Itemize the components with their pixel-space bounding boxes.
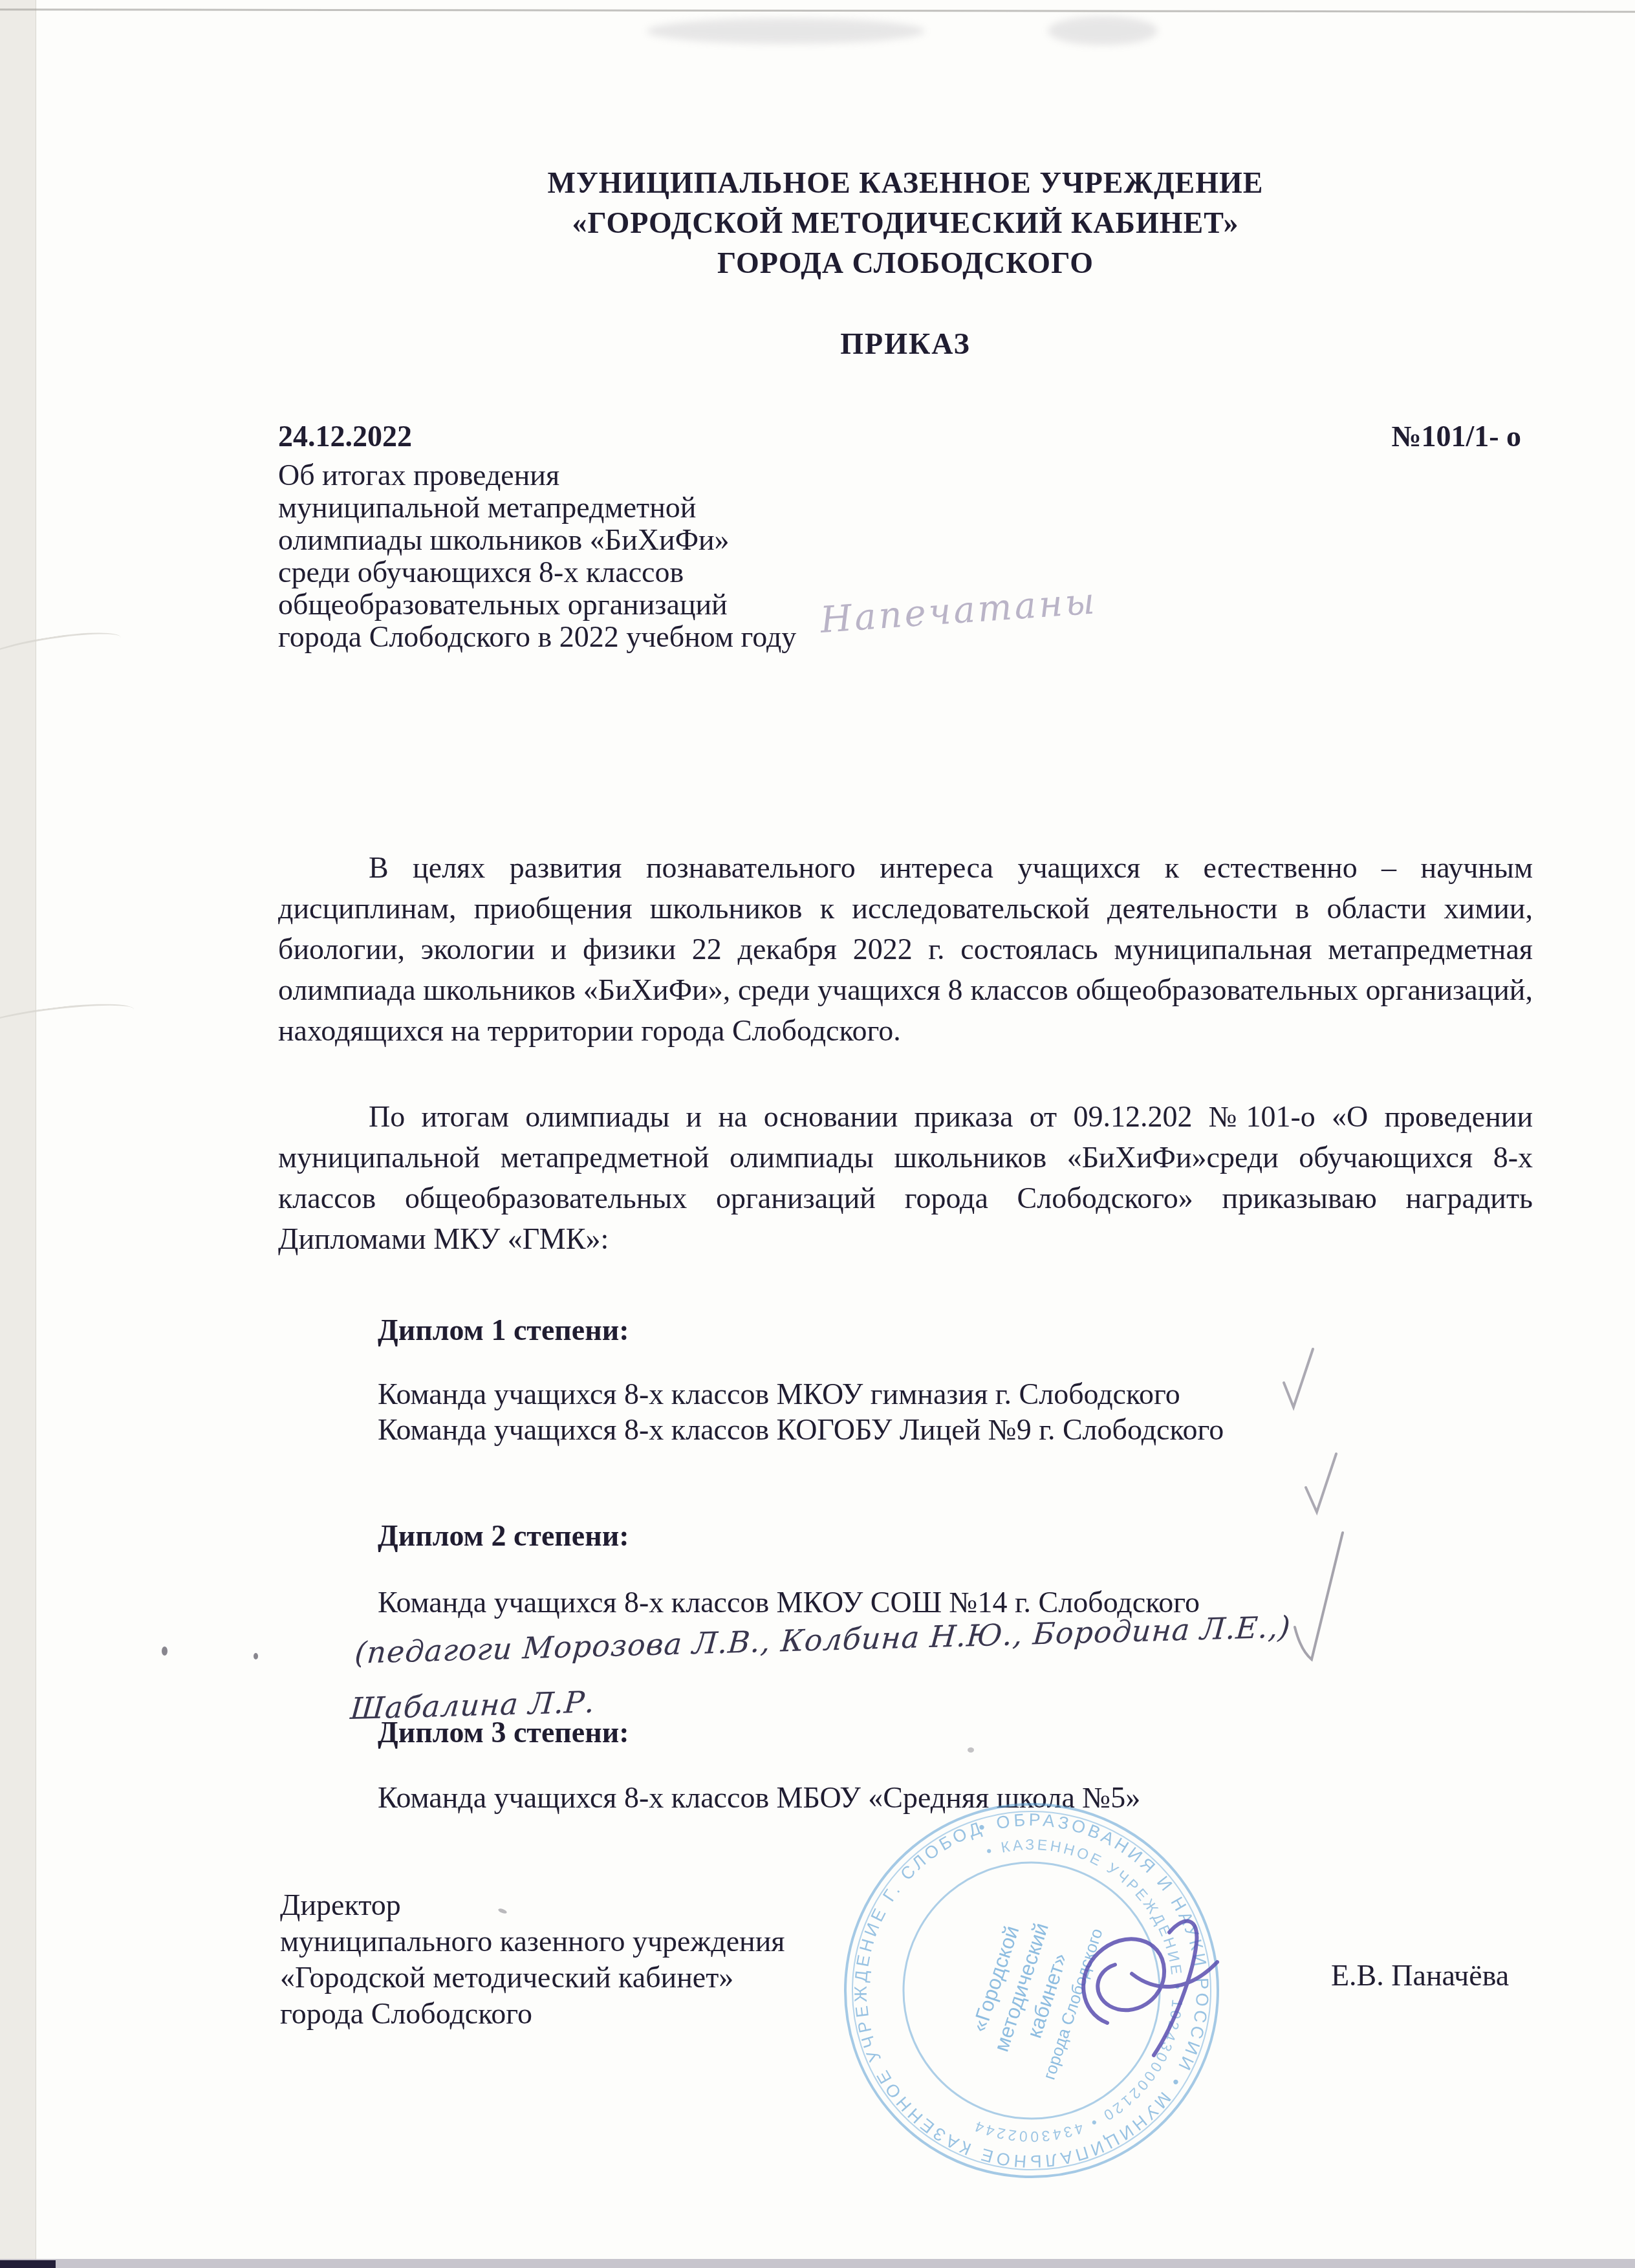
- signatory-name: Е.В. Паначёва: [1331, 1958, 1509, 1993]
- diploma-1-heading: Диплом 1 степени:: [378, 1313, 629, 1347]
- stamp-center-line-2: методический: [990, 1920, 1053, 2055]
- signatory-position-line-4: города Слободского: [280, 1996, 785, 2032]
- subject-line: муниципальной метапредметной: [278, 491, 990, 524]
- scan-speck-2: [254, 1653, 258, 1659]
- scan-top-line: [0, 8, 1635, 13]
- org-header: МУНИЦИПАЛЬНОЕ КАЗЕННОЕ УЧРЕЖДЕНИЕ «ГОРОД…: [278, 163, 1533, 283]
- org-name-line-2: «ГОРОДСКОЙ МЕТОДИЧЕСКИЙ КАБИНЕТ»: [278, 203, 1533, 243]
- diploma-3-heading: Диплом 3 степени:: [378, 1715, 629, 1749]
- subject-line: среди обучающихся 8-х классов: [278, 556, 990, 589]
- diploma-1-team-1: Команда учащихся 8-х классов МКОУ гимназ…: [378, 1376, 1224, 1412]
- director-signature-ink: [1035, 1895, 1306, 2089]
- stamp-center-line-4: города Слободского: [1039, 1926, 1107, 2082]
- scanned-document-page: МУНИЦИПАЛЬНОЕ КАЗЕННОЕ УЧРЕЖДЕНИЕ «ГОРОД…: [0, 0, 1635, 2268]
- stamp-center-line-3: кабинет»: [1023, 1950, 1072, 2041]
- signatory-position-line-1: Директор: [280, 1887, 785, 1923]
- stamp-ring-text-inner: • КАЗЕННОЕ УЧРЕЖДЕНИЕ • 1024300002120 • …: [887, 1797, 1226, 2169]
- scan-smudge-top-left: [647, 18, 925, 44]
- document-title: ПРИКАЗ: [278, 327, 1533, 361]
- svg-text:• ОБРАЗОВАНИЯ И НАУКИ РОССИИ •: • ОБРАЗОВАНИЯ И НАУКИ РОССИИ • МУНИЦИПАЛ…: [838, 1797, 1226, 2185]
- stamp-center-line-1: «Городской: [967, 1923, 1023, 2035]
- svg-text:• КАЗЕННОЕ УЧРЕЖДЕНИЕ • 102430: • КАЗЕННОЕ УЧРЕЖДЕНИЕ • 1024300002120 • …: [887, 1797, 1226, 2169]
- org-name-line-3: ГОРОДА СЛОБОДСКОГО: [278, 243, 1533, 283]
- stamp-ring-text-outer: • ОБРАЗОВАНИЯ И НАУКИ РОССИИ • МУНИЦИПАЛ…: [838, 1797, 1226, 2185]
- scan-bottom-corner: [0, 2260, 56, 2268]
- scan-smudge-top-right: [1048, 16, 1158, 45]
- signatory-position-line-3: «Городской методический кабинет»: [280, 1960, 785, 1996]
- subject-line: олимпиады школьников «БиХиФи»: [278, 524, 990, 556]
- signatory-position-block: Директор муниципального казенного учрежд…: [280, 1887, 785, 2032]
- subject-line: Об итогах проведения: [278, 459, 990, 491]
- diploma-2-heading: Диплом 2 степени:: [378, 1518, 629, 1553]
- org-name-line-1: МУНИЦИПАЛЬНОЕ КАЗЕННОЕ УЧРЕЖДЕНИЕ: [278, 163, 1533, 203]
- diploma-3-teams: Команда учащихся 8-х классов МБОУ «Средн…: [378, 1780, 1140, 1815]
- document-number: №101/1- о: [1391, 419, 1521, 453]
- pencil-checkmark-2: [1301, 1447, 1340, 1518]
- scan-speck-1: [162, 1647, 168, 1656]
- document-date: 24.12.2022: [278, 419, 412, 453]
- body-paragraph-2: По итогам олимпиады и на основании прика…: [278, 1096, 1533, 1259]
- diploma-3-team-1: Команда учащихся 8-х классов МБОУ «Средн…: [378, 1780, 1140, 1815]
- signatory-position-line-2: муниципального казенного учреждения: [280, 1923, 785, 1960]
- pencil-checkmark-1: [1279, 1344, 1318, 1415]
- body-paragraph-1: В целях развития познавательного интерес…: [278, 847, 1533, 1051]
- diploma-1-teams: Команда учащихся 8-х классов МКОУ гимназ…: [378, 1376, 1224, 1447]
- diploma-1-team-2: Команда учащихся 8-х классов КОГОБУ Лице…: [378, 1412, 1224, 1447]
- scan-speck-4: [968, 1747, 974, 1753]
- scan-bottom-edge: [0, 2259, 1635, 2268]
- scan-left-edge: [0, 0, 36, 2268]
- official-round-stamp: • ОБРАЗОВАНИЯ И НАУКИ РОССИИ • МУНИЦИПАЛ…: [838, 1797, 1226, 2185]
